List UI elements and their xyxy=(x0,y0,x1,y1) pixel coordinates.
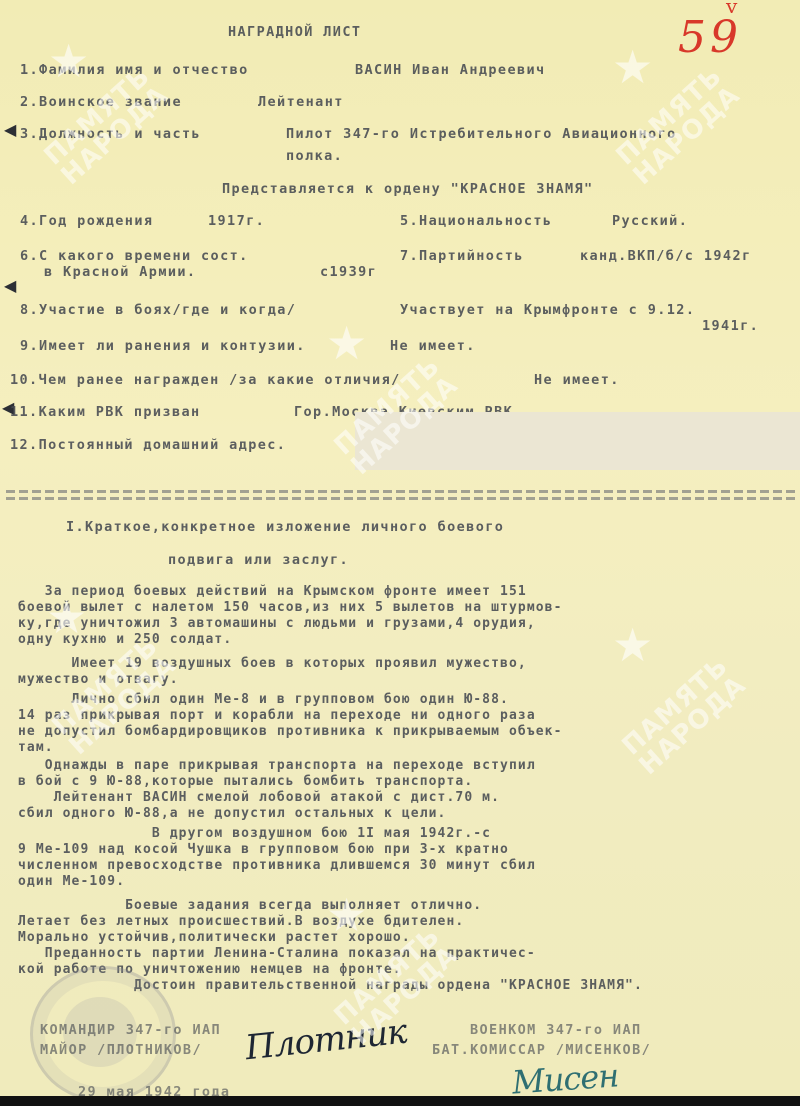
citation-line: численном превосходстве противника дливш… xyxy=(18,858,536,873)
signature-right-title: ВОЕНКОМ 347-го ИАП xyxy=(470,1022,642,1038)
scan-edge xyxy=(0,1096,800,1106)
star-icon: ★ xyxy=(48,34,89,88)
signature-right-name: БАТ.КОМИССАР /МИСЕНКОВ/ xyxy=(432,1042,651,1058)
citation-line: За период боевых действий на Крымском фр… xyxy=(18,584,527,599)
citation-line: Однажды в паре прикрывая транспорта на п… xyxy=(18,758,536,773)
citation-line: Лейтенант ВАСИН смелой лобовой атакой с … xyxy=(18,790,500,805)
field-2-value: Лейтенант xyxy=(258,94,344,110)
citation-line: Летает без летных происшествий.В воздухе… xyxy=(18,914,464,929)
star-icon: ★ xyxy=(46,590,87,644)
field-8-value-cont: 1941г. xyxy=(702,318,759,334)
field-11-label: 11.Каким РВК призван xyxy=(10,404,201,420)
field-6-value: с1939г xyxy=(320,264,377,280)
citation-line: там. xyxy=(18,740,54,755)
citation-line: Имеет 19 воздушных боев в которых прояви… xyxy=(18,656,527,671)
field-7-value: канд.ВКП/б/с 1942г xyxy=(580,248,752,264)
field-8-value: Участвует на Крымфронте с 9.12. xyxy=(400,302,695,318)
field-12-label: 12.Постоянный домашний адрес. xyxy=(10,437,286,453)
document-title: НАГРАДНОЙ ЛИСТ xyxy=(228,24,361,40)
field-9-value: Не имеет. xyxy=(390,338,476,354)
star-icon: ★ xyxy=(612,618,653,672)
separator-line xyxy=(6,490,796,493)
field-5-label: 5.Национальность xyxy=(400,213,552,229)
citation-line: В другом воздушном бою 1I мая 1942г.-с xyxy=(18,826,491,841)
field-8-label: 8.Участие в боях/где и когда/ xyxy=(20,302,296,318)
field-3-value-cont: полка. xyxy=(286,148,343,164)
citation-line: сбил одного Ю-88,а не допустил остальных… xyxy=(18,806,446,821)
field-10-label: 10.Чем ранее награжден /за какие отличия… xyxy=(10,372,401,388)
margin-arrow-icon: ◀ xyxy=(4,120,16,139)
field-5-value: Русский. xyxy=(612,213,688,229)
archive-number: 59 xyxy=(678,12,742,63)
star-icon: ★ xyxy=(612,40,653,94)
signature-left-name: МАЙОР /ПЛОТНИКОВ/ xyxy=(40,1042,202,1058)
citation-line: ку,где уничтожил 3 автомашины с людьми и… xyxy=(18,616,536,631)
citation-line: Боевые задания всегда выполняет отлично. xyxy=(18,898,482,913)
field-10-value: Не имеет. xyxy=(534,372,620,388)
citation-line: боевой вылет с налетом 150 часов,из них … xyxy=(18,600,563,615)
citation-line: 9 Ме-109 над косой Чушка в групповом бою… xyxy=(18,842,509,857)
field-9-label: 9.Имеет ли ранения и контузии. xyxy=(20,338,306,354)
star-icon: ★ xyxy=(326,316,367,370)
section-heading: I.Краткое,конкретное изложение личного б… xyxy=(66,519,504,535)
field-6-label-cont: в Красной Армии. xyxy=(44,264,196,280)
field-3-value: Пилот 347-го Истребительного Авиационног… xyxy=(286,126,677,142)
field-7-label: 7.Партийность xyxy=(400,248,524,264)
field-4-value: 1917г. xyxy=(208,213,265,229)
margin-arrow-icon: ◀ xyxy=(4,276,16,295)
citation-line: один Ме-109. xyxy=(18,874,125,889)
signature-right-handwritten: Мисен xyxy=(511,1056,620,1101)
section-heading-cont: подвига или заслуг. xyxy=(168,552,349,568)
award-sheet-page: v 59 НАГРАДНОЙ ЛИСТ 1.Фамилия имя и отче… xyxy=(0,0,800,1096)
field-4-label: 4.Год рождения xyxy=(20,213,153,229)
field-6-label: 6.С какого времени сост. xyxy=(20,248,249,264)
citation-line: в бой с 9 Ю-88,которые пытались бомбить … xyxy=(18,774,473,789)
nominated-for: Представляется к ордену "КРАСНОЕ ЗНАМЯ" xyxy=(222,181,594,197)
field-1-value: ВАСИН Иван Андреевич xyxy=(355,62,546,78)
signature-left-title: КОМАНДИР 347-го ИАП xyxy=(40,1022,221,1038)
separator-line xyxy=(6,497,796,500)
star-icon: ★ xyxy=(326,888,367,942)
